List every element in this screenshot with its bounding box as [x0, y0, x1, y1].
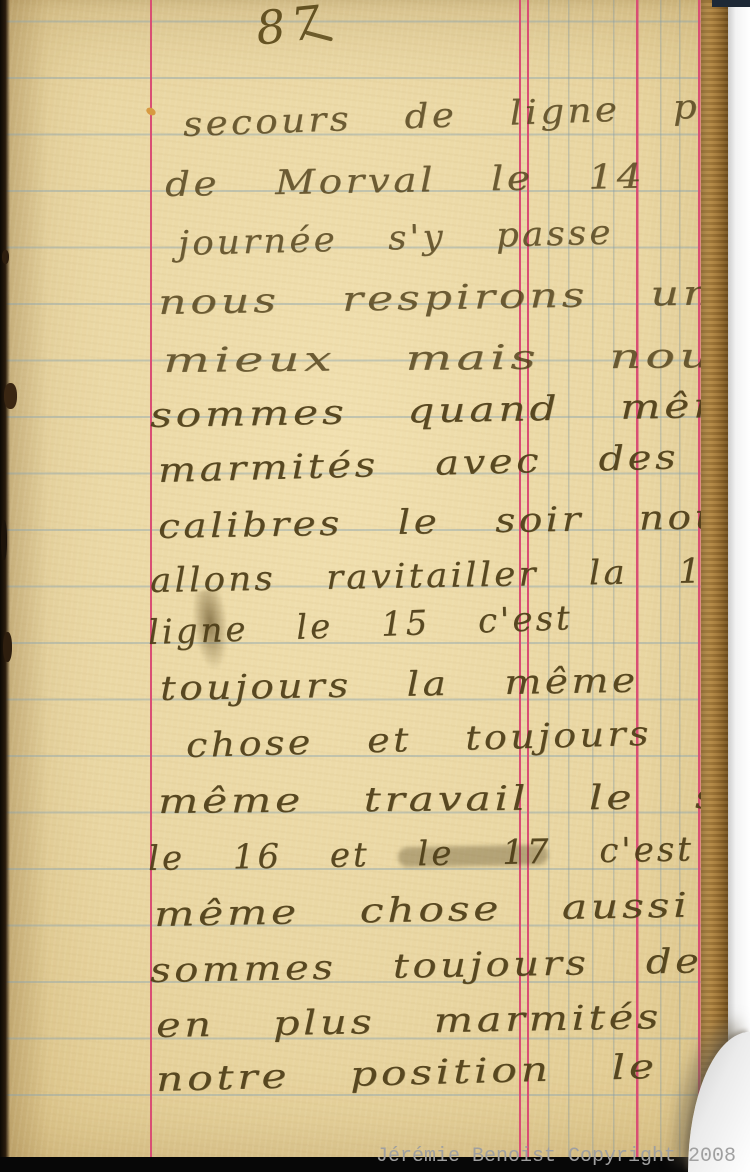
scanned-notebook-page: 87 secours de ligne près de Morval le 14… — [0, 0, 750, 1172]
manuscript-line: même travail le soir. — [158, 774, 750, 824]
scanner-background-strip — [728, 0, 750, 1172]
binding-stain — [1, 520, 7, 560]
binding-stain — [2, 250, 9, 264]
manuscript-line: toujours la même — [160, 659, 639, 711]
copyright-watermark: Jérémie Benoist Copyright 2008 — [376, 1146, 750, 1168]
manuscript-line: mieux mais nous — [163, 334, 745, 383]
page-stack-edge — [701, 0, 728, 1172]
binding-stain — [3, 632, 12, 662]
book-binding-edge — [0, 0, 10, 1172]
top-right-scan-shadow — [712, 0, 750, 7]
page-number: 87 — [253, 0, 329, 56]
binding-stain — [4, 383, 17, 409]
